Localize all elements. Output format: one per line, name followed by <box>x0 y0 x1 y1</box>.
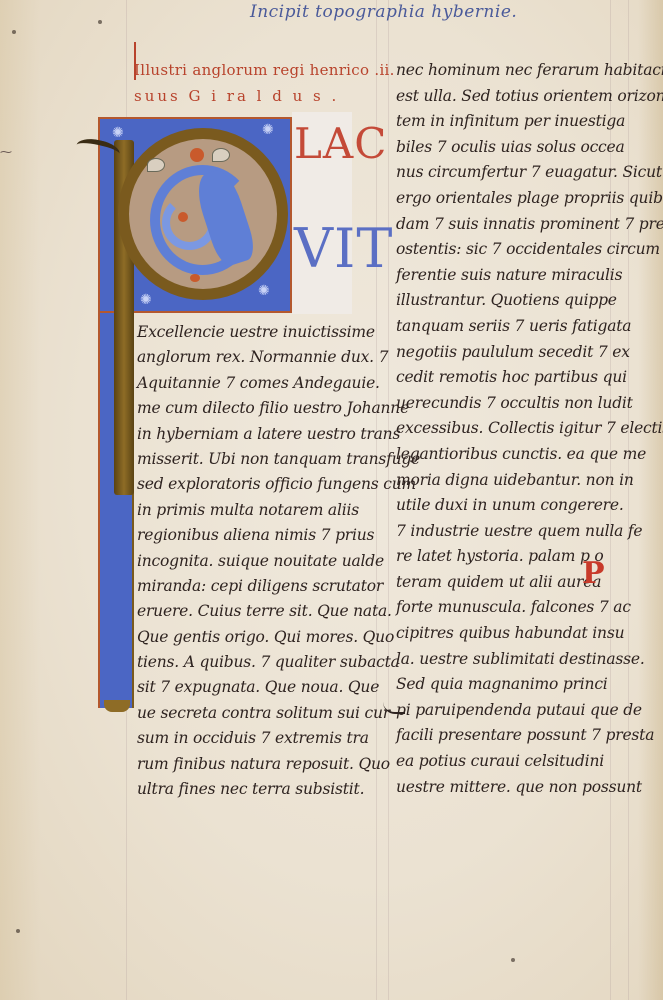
parchment-speck <box>511 958 515 962</box>
text-line: in hyberniam a latere uestro trans <box>137 422 420 447</box>
text-line: moria digna uidebantur. non in <box>396 468 663 494</box>
rosette-icon: ✺ <box>262 122 274 138</box>
text-line: regionibus aliena nimis 7 prius <box>137 523 420 548</box>
text-line: forte munuscula. falcones 7 ac <box>396 595 663 621</box>
text-line: teram quidem ut alii aurea <box>396 570 663 596</box>
text-line: miranda: cepi diligens scrutator <box>137 574 420 599</box>
text-line: ultra fines nec terra subsistit. <box>137 777 420 802</box>
text-line: incognita. suique nouitate ualde <box>137 549 420 574</box>
text-line: uestre mittere. que non possunt <box>396 775 663 801</box>
text-line: tanquam seriis 7 ueris fatigata <box>396 314 663 340</box>
rubricated-initial: P <box>582 556 605 591</box>
text-line: illustrantur. Quotiens quippe <box>396 288 663 314</box>
manuscript-page: ⁓ Incipit topographia hybernie. Illustri… <box>0 0 663 1000</box>
parchment-speck <box>98 20 102 24</box>
rosette-icon: ✺ <box>140 292 152 308</box>
text-line: cedit remotis hoc partibus qui <box>396 365 663 391</box>
parchment-speck <box>16 929 20 933</box>
text-line: sed exploratoris officio fungens cum <box>137 472 420 497</box>
text-line: anglorum rex. Normannie dux. 7 <box>137 345 420 370</box>
rubric-line: Illustri anglorum regi henrico .ii. <box>134 58 395 82</box>
text-line: pi paruipendenda putaui que de <box>396 698 663 724</box>
text-line: 7 industrie uestre quem nulla fe <box>396 519 663 545</box>
text-line: ferentie suis nature miraculis <box>396 263 663 289</box>
text-line: nec hominum nec ferarum habitacio <box>396 58 663 84</box>
text-line: in primis multa notarem aliis <box>137 498 420 523</box>
dragon-claw-icon <box>190 274 200 282</box>
text-line: misserit. Ubi non tanquam transfuge <box>137 447 420 472</box>
text-line: facili presentare possunt 7 presta <box>396 723 663 749</box>
text-line: dam 7 suis innatis prominent 7 precelle <box>396 212 663 238</box>
text-line: sum in occiduis 7 extremis tra <box>137 726 420 751</box>
text-line: Excellencie uestre inuictissime <box>137 320 420 345</box>
text-line: est ulla. Sed totius orientem orizon <box>396 84 663 110</box>
text-line: me cum dilecto filio uestro Johanne <box>137 396 420 421</box>
text-line: tem in infinitum per inuestiga <box>396 109 663 135</box>
text-line: ue secreta contra solitum sui cur <box>137 701 420 726</box>
text-line: sit 7 expugnata. Que noua. Que <box>137 675 420 700</box>
text-line: cipitres quibus habundat insu <box>396 621 663 647</box>
text-line: uerecundis 7 occultis non ludit <box>396 391 663 417</box>
rosette-icon: ✺ <box>112 125 124 141</box>
text-line: Sed quia magnanimo princi <box>396 672 663 698</box>
text-line: utile duxi in unum congerere. <box>396 493 663 519</box>
rosette-icon: ✺ <box>258 283 270 299</box>
text-line: Que gentis origo. Qui mores. Quo <box>137 625 420 650</box>
running-head: Incipit topographia hybernie. <box>250 2 517 22</box>
text-line: rum finibus natura reposuit. Quo <box>137 752 420 777</box>
text-line: legantioribus cunctis. ea que me <box>396 442 663 468</box>
rubric-line: suus G i ra l d u s . <box>134 84 339 108</box>
text-line: re latet hystoria. palam p o <box>396 544 663 570</box>
foliage-leaf-icon <box>212 148 230 162</box>
text-line: negotiis paululum secedit 7 ex <box>396 340 663 366</box>
text-line: excessibus. Collectis igitur 7 electis e <box>396 416 663 442</box>
text-line: eruere. Cuius terre sit. Que nata. <box>137 599 420 624</box>
display-capitals: LAC <box>294 122 352 166</box>
text-line: Aquitannie 7 comes Andegauie. <box>137 371 420 396</box>
dragon-head-icon <box>190 148 204 162</box>
text-line: la. uestre sublimitati destinasse. <box>396 647 663 673</box>
margin-mark: ⁓ <box>0 145 12 159</box>
text-column-right: nec hominum nec ferarum habitacio est ul… <box>396 58 663 800</box>
text-column-left: Excellencie uestre inuictissime anglorum… <box>137 320 420 802</box>
text-line: biles 7 oculis uias solus occea <box>396 135 663 161</box>
dragon-tail-head-icon <box>178 212 188 222</box>
text-line: ostentis: sic 7 occidentales circum <box>396 237 663 263</box>
display-capitals: VIT <box>294 205 352 293</box>
text-line: nus circumfertur 7 euagatur. Sicut <box>396 160 663 186</box>
text-line: ergo orientales plage propriis quibus <box>396 186 663 212</box>
text-line: tiens. A quibus. 7 qualiter subacta <box>137 650 420 675</box>
foliage-leaf-icon <box>147 158 165 172</box>
initial-stem-terminal <box>104 700 130 712</box>
parchment-speck <box>12 30 16 34</box>
text-line: ea potius curaui celsitudini <box>396 749 663 775</box>
